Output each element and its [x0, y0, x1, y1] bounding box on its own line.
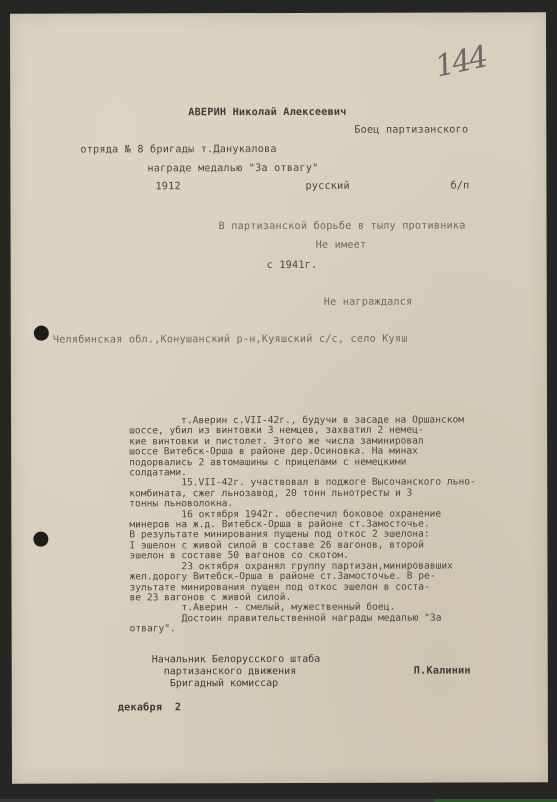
- nationality: русский: [305, 181, 349, 192]
- signature-title-line: Начальник Белорусского штаба: [152, 654, 321, 666]
- signatory-name: П.Калинин: [414, 665, 471, 676]
- party-status: б/п: [450, 181, 469, 192]
- person-name: АВЕРИН Николай Алексеевич: [188, 107, 346, 118]
- archive-number-handwritten: 144: [432, 40, 489, 85]
- signature-title-line: Бригадный комиссар: [152, 678, 321, 690]
- home-address: Челябинская обл.,Конушанский р-н,Куяшски…: [53, 334, 408, 346]
- citation-body: т.Аверин с.VII-42г., будучи в засаде на …: [129, 415, 476, 634]
- wounds-value: Не имеет: [316, 240, 367, 251]
- document-page: 144 АВЕРИН Николай Алексеевич Боец парти…: [10, 12, 548, 783]
- punch-hole: [34, 326, 49, 341]
- citation-line: отвагу".: [130, 624, 477, 635]
- since-year: с 1941г.: [267, 260, 318, 271]
- punch-hole: [33, 532, 48, 547]
- signature-title: Начальник Белорусского штаба партизанско…: [152, 654, 321, 690]
- birth-year: 1912: [155, 181, 180, 192]
- award-line: награде медалью "За отвагу": [147, 163, 318, 174]
- previous-awards: Не награждался: [324, 297, 413, 308]
- position-line-1: Боец партизанского: [354, 125, 468, 136]
- citation-line: Достоин правительственной награды медаль…: [130, 613, 477, 624]
- signature-title-line: партизанского движения: [152, 666, 321, 678]
- partisan-struggle-label: В партизанской борьбе в тылу противника: [219, 221, 466, 233]
- signature-date: декабря 2: [118, 702, 181, 713]
- position-line-2: отряда № 8 бригады т.Данукалова: [80, 144, 276, 156]
